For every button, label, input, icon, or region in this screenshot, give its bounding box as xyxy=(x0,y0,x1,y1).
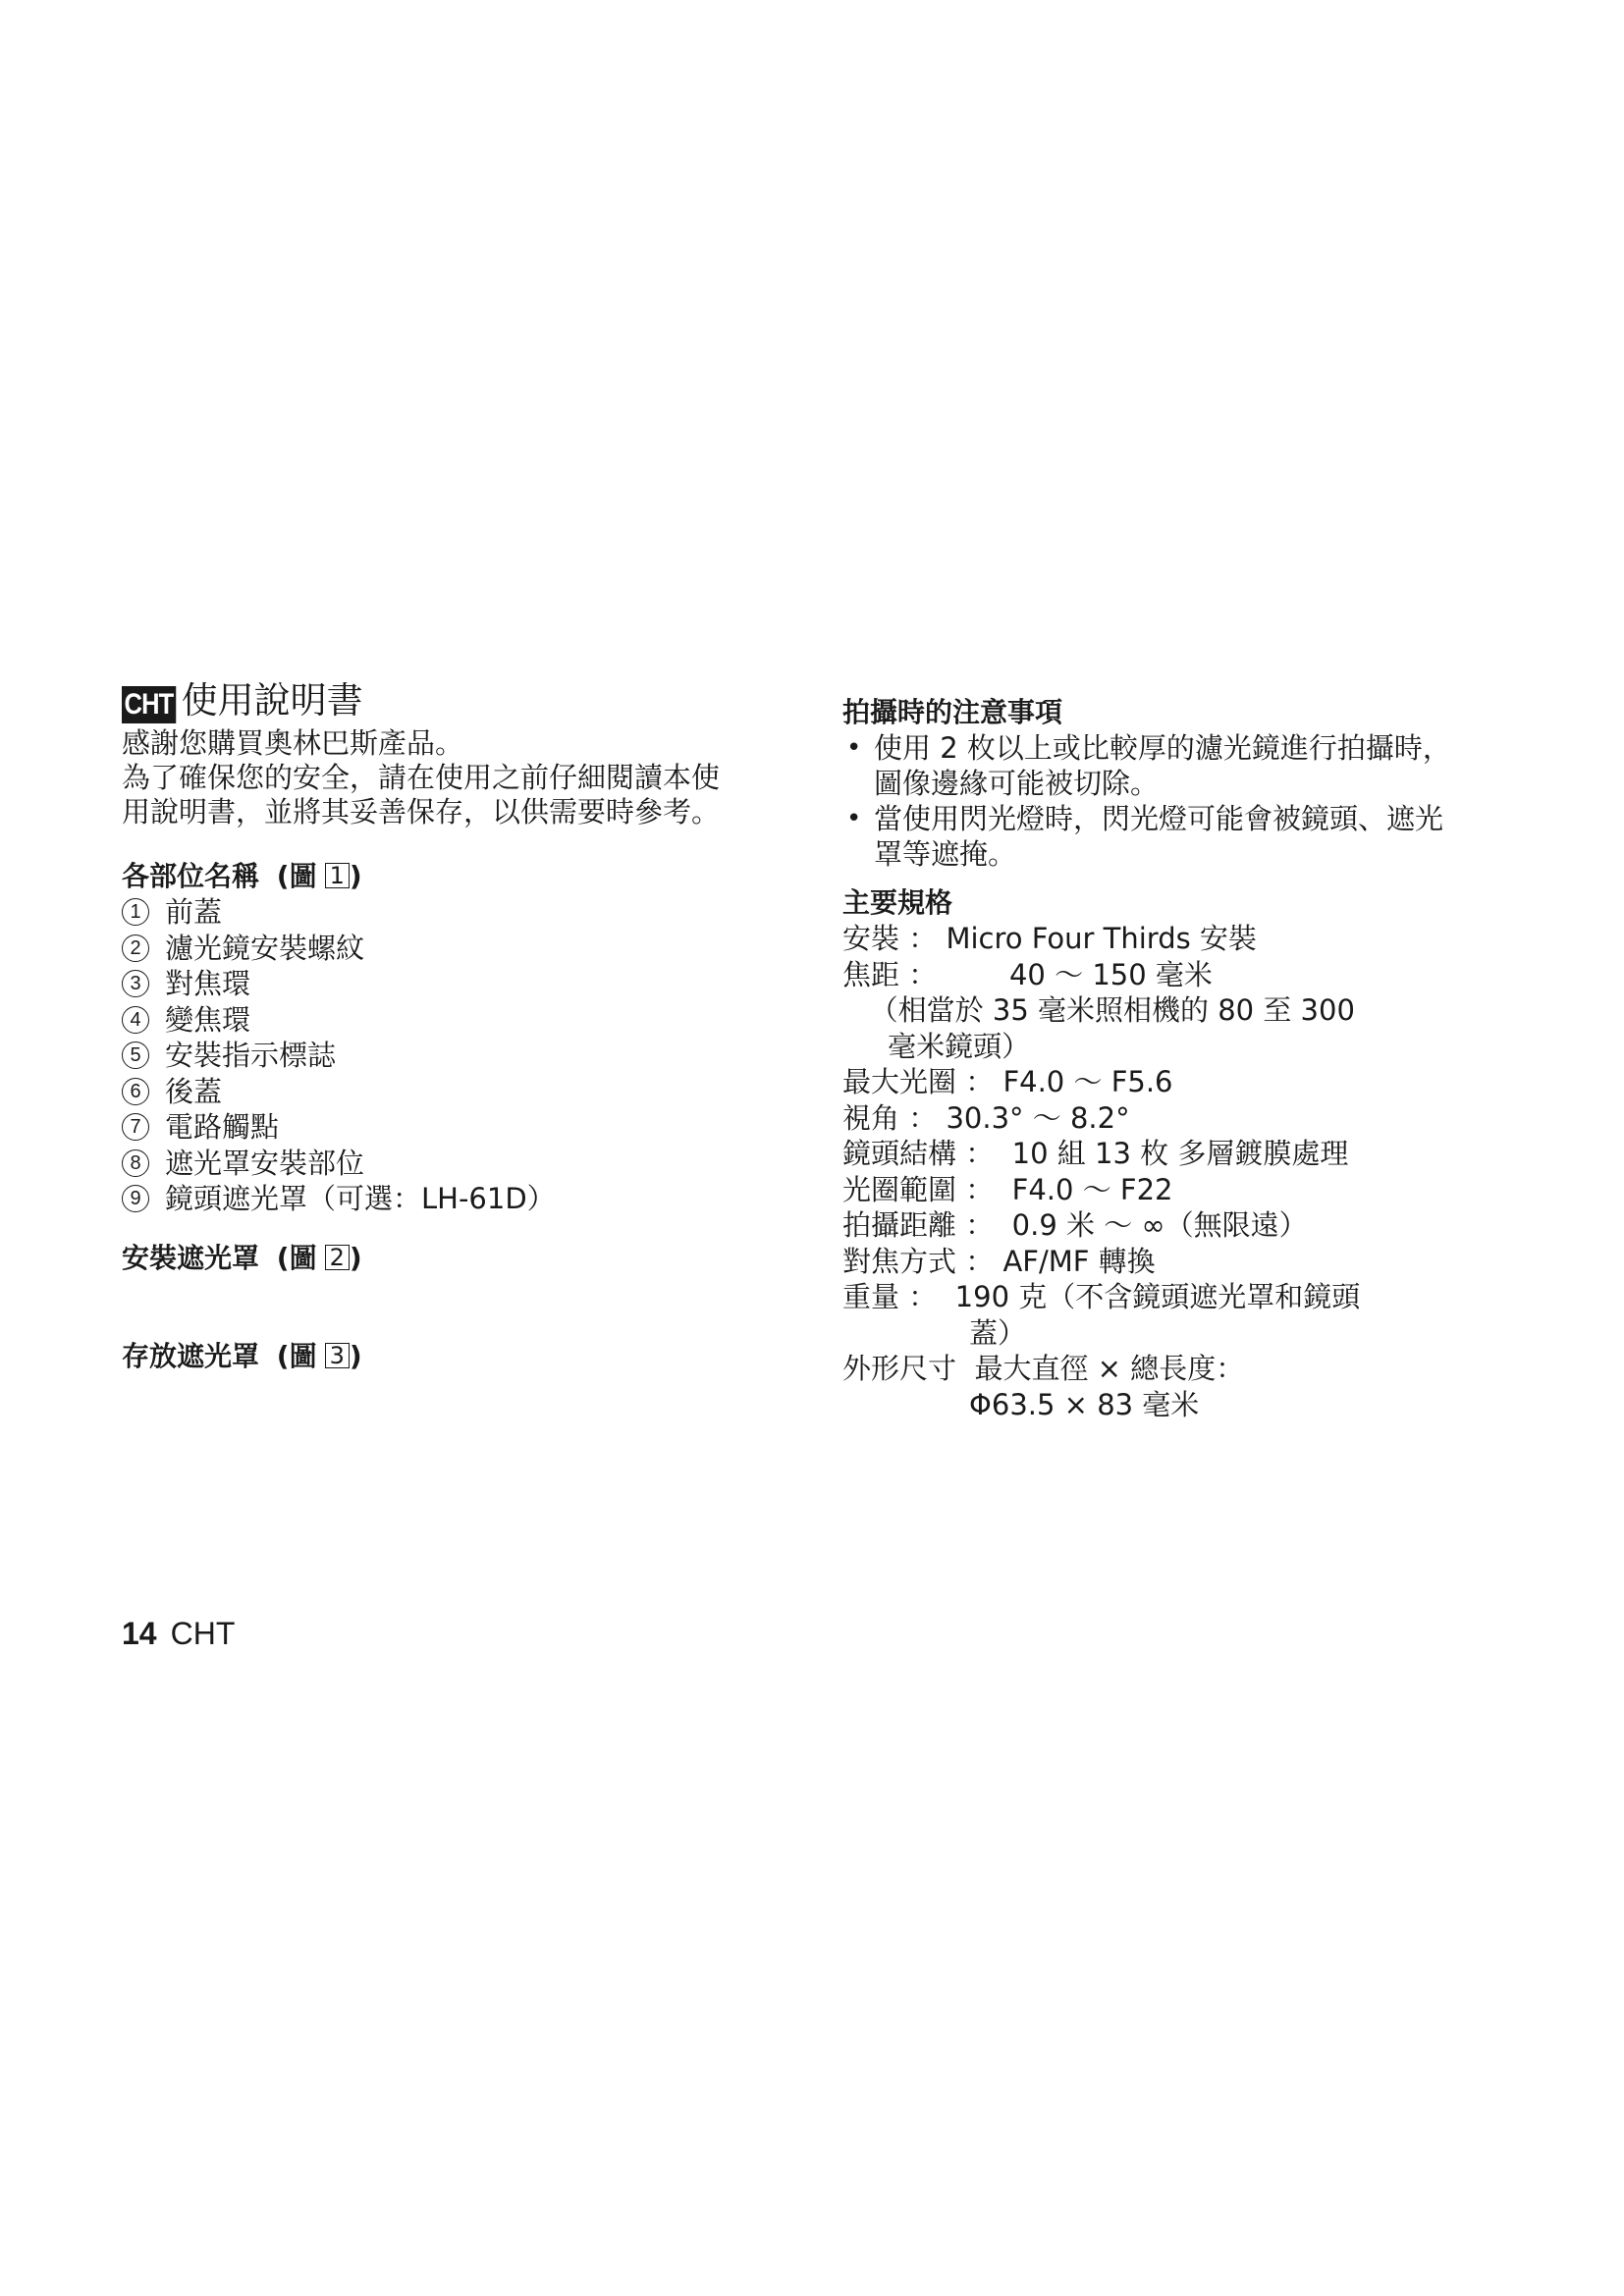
precautions-heading: 拍攝時的注意事項 xyxy=(842,695,1530,730)
spec-row: 鏡頭結構 ： 10 組 13 枚 多層鍍膜處理 xyxy=(842,1136,1530,1172)
circled-number: 1 xyxy=(122,898,149,926)
circled-number: 5 xyxy=(122,1041,149,1069)
store-hood-heading-text: 存放遮光罩 xyxy=(122,1340,259,1372)
intro-line-2: 為了確保您的安全，請在使用之前仔細閱讀本使 xyxy=(122,761,789,795)
spec-row: （相當於 35 毫米照相機的 80 至 300 xyxy=(842,992,1530,1029)
spec-value: F4.0 ～ F22 xyxy=(1002,1173,1172,1206)
circled-number: 3 xyxy=(122,970,149,997)
circled-number: 8 xyxy=(122,1149,149,1177)
figure-1-box: 1 xyxy=(325,863,350,888)
part-label: 安裝指示標誌 xyxy=(165,1038,336,1074)
fig-ref-suffix: ) xyxy=(350,860,362,892)
spec-value: 190 克（不含鏡頭遮光罩和鏡頭 xyxy=(946,1280,1360,1313)
fig-ref-suffix: ) xyxy=(350,1340,362,1372)
spec-row: 拍攝距離 ： 0.9 米 ～ ∞（無限遠） xyxy=(842,1207,1530,1244)
list-item: 7電路觸點 xyxy=(122,1109,789,1146)
spec-row: 焦距 ： 40 ～ 150 毫米 xyxy=(842,957,1530,993)
spec-value: Micro Four Thirds 安裝 xyxy=(946,922,1256,955)
spec-value: 30.3° ～ 8.2° xyxy=(946,1101,1129,1135)
list-item: 5安裝指示標誌 xyxy=(122,1038,789,1074)
figure-2-box: 2 xyxy=(325,1245,350,1270)
left-column: CHT 使用說明書 感謝您購買奧林巴斯產品。 為了確保您的安全，請在使用之前仔細… xyxy=(122,675,789,1374)
spec-value: 最大直徑 × 總長度： xyxy=(974,1352,1244,1385)
page-footer: 14CHT xyxy=(122,1614,235,1653)
circled-number: 2 xyxy=(122,934,149,962)
circled-number: 9 xyxy=(122,1185,149,1212)
spec-row: 毫米鏡頭） xyxy=(842,1029,1530,1065)
precaution-line: 圖像邊緣可能被切除。 xyxy=(874,766,1530,801)
spec-label: 光圈範圍 xyxy=(842,1173,956,1206)
spec-label: 拍攝距離 xyxy=(842,1208,956,1242)
spec-separator: ： xyxy=(956,1245,1002,1278)
spec-row: 對焦方式 ： AF/MF 轉換 xyxy=(842,1244,1530,1280)
part-label: 前蓋 xyxy=(165,894,222,931)
spec-value: Φ63.5 × 83 毫米 xyxy=(842,1388,1199,1421)
specs-table: 安裝 ： Micro Four Thirds 安裝 焦距 ： 40 ～ 150 … xyxy=(842,921,1530,1422)
spec-separator: ： xyxy=(899,958,946,991)
attach-hood-heading: 安裝遮光罩 (圖2) xyxy=(122,1241,789,1276)
parts-heading: 各部位名稱 (圖1) xyxy=(122,859,789,894)
spec-label: 重量 xyxy=(842,1280,899,1313)
part-label: 對焦環 xyxy=(165,966,250,1002)
footer-language: CHT xyxy=(171,1616,236,1651)
spec-separator: ： xyxy=(956,1208,1002,1242)
spec-value: AF/MF 轉換 xyxy=(1002,1245,1155,1278)
language-badge: CHT xyxy=(122,686,176,723)
fig-ref-prefix: (圖 xyxy=(277,860,317,892)
part-label: 鏡頭遮光罩（可選：LH-61D） xyxy=(165,1181,556,1217)
list-item: 6後蓋 xyxy=(122,1074,789,1110)
precautions-list: • 使用 2 枚以上或比較厚的濾光鏡進行拍攝時， 圖像邊緣可能被切除。 • 當使… xyxy=(842,730,1530,872)
precaution-line: 當使用閃光燈時，閃光燈可能會被鏡頭、遮光 xyxy=(874,801,1530,836)
spec-separator: ： xyxy=(899,1101,946,1135)
spec-row: 蓋） xyxy=(842,1315,1530,1352)
circled-number: 4 xyxy=(122,1006,149,1034)
intro-line-3: 用說明書，並將其妥善保存，以供需要時參考。 xyxy=(122,795,789,829)
part-label: 遮光罩安裝部位 xyxy=(165,1146,364,1182)
spec-separator: ： xyxy=(956,1065,1002,1098)
bullet-icon: • xyxy=(846,801,861,836)
spec-value: 10 組 13 枚 多層鍍膜處理 xyxy=(1002,1137,1348,1170)
specs-heading: 主要規格 xyxy=(842,885,1530,921)
spec-separator: ： xyxy=(956,1173,1002,1206)
precaution-line: 使用 2 枚以上或比較厚的濾光鏡進行拍攝時， xyxy=(874,730,1530,766)
spec-row: 光圈範圍 ： F4.0 ～ F22 xyxy=(842,1172,1530,1208)
spec-row: 最大光圈 ： F4.0 ～ F5.6 xyxy=(842,1064,1530,1100)
list-item: • 當使用閃光燈時，閃光燈可能會被鏡頭、遮光 罩等遮掩。 xyxy=(842,801,1530,872)
spec-label: 鏡頭結構 xyxy=(842,1137,956,1170)
spec-value: 40 ～ 150 毫米 xyxy=(946,958,1212,991)
list-item: 2濾光鏡安裝螺紋 xyxy=(122,931,789,967)
parts-list: 1前蓋 2濾光鏡安裝螺紋 3對焦環 4變焦環 5安裝指示標誌 6後蓋 7電路觸點… xyxy=(122,894,789,1217)
spec-value: 0.9 米 ～ ∞（無限遠） xyxy=(1002,1208,1307,1242)
list-item: 8遮光罩安裝部位 xyxy=(122,1146,789,1182)
spec-row: 重量 ： 190 克（不含鏡頭遮光罩和鏡頭 xyxy=(842,1279,1530,1315)
spec-label: 安裝 xyxy=(842,922,899,955)
circled-number: 7 xyxy=(122,1113,149,1141)
list-item: 3對焦環 xyxy=(122,966,789,1002)
spec-row: Φ63.5 × 83 毫米 xyxy=(842,1387,1530,1423)
spec-row: 外形尺寸 最大直徑 × 總長度： xyxy=(842,1351,1530,1387)
spec-label: 焦距 xyxy=(842,958,899,991)
part-label: 濾光鏡安裝螺紋 xyxy=(165,931,364,967)
list-item: 4變焦環 xyxy=(122,1002,789,1039)
parts-heading-text: 各部位名稱 xyxy=(122,860,259,892)
spec-value: 蓋） xyxy=(842,1316,1026,1350)
spec-separator: ： xyxy=(956,1137,1002,1170)
list-item: • 使用 2 枚以上或比較厚的濾光鏡進行拍攝時， 圖像邊緣可能被切除。 xyxy=(842,730,1530,801)
spec-label: 對焦方式 xyxy=(842,1245,956,1278)
spec-value: （相當於 35 毫米照相機的 80 至 300 xyxy=(842,993,1355,1027)
part-label: 電路觸點 xyxy=(165,1109,279,1146)
spec-row: 安裝 ： Micro Four Thirds 安裝 xyxy=(842,921,1530,957)
right-column: 拍攝時的注意事項 • 使用 2 枚以上或比較厚的濾光鏡進行拍攝時， 圖像邊緣可能… xyxy=(842,695,1530,1422)
fig-ref-prefix: (圖 xyxy=(277,1340,317,1372)
spec-value: F4.0 ～ F5.6 xyxy=(1002,1065,1172,1098)
fig-ref-prefix: (圖 xyxy=(277,1242,317,1274)
bullet-icon: • xyxy=(846,730,861,766)
list-item: 1前蓋 xyxy=(122,894,789,931)
page-number: 14 xyxy=(122,1616,157,1651)
spec-separator: ： xyxy=(899,922,946,955)
figure-3-box: 3 xyxy=(325,1343,350,1368)
attach-hood-heading-text: 安裝遮光罩 xyxy=(122,1242,259,1274)
spec-row: 視角 ： 30.3° ～ 8.2° xyxy=(842,1100,1530,1137)
list-item: 9鏡頭遮光罩（可選：LH-61D） xyxy=(122,1181,789,1217)
spec-separator xyxy=(956,1352,974,1385)
manual-title-row: CHT 使用說明書 xyxy=(122,675,789,726)
spec-value: 毫米鏡頭） xyxy=(842,1030,1030,1063)
spec-label: 最大光圈 xyxy=(842,1065,956,1098)
spec-label: 外形尺寸 xyxy=(842,1352,956,1385)
manual-title: 使用說明書 xyxy=(182,675,363,726)
circled-number: 6 xyxy=(122,1078,149,1105)
spec-label: 視角 xyxy=(842,1101,899,1135)
fig-ref-suffix: ) xyxy=(350,1242,362,1274)
store-hood-heading: 存放遮光罩 (圖3) xyxy=(122,1339,789,1374)
precaution-line: 罩等遮掩。 xyxy=(874,836,1530,872)
spec-separator: ： xyxy=(899,1280,946,1313)
part-label: 後蓋 xyxy=(165,1074,222,1110)
part-label: 變焦環 xyxy=(165,1002,250,1039)
intro-line-1: 感謝您購買奧林巴斯產品。 xyxy=(122,726,789,761)
